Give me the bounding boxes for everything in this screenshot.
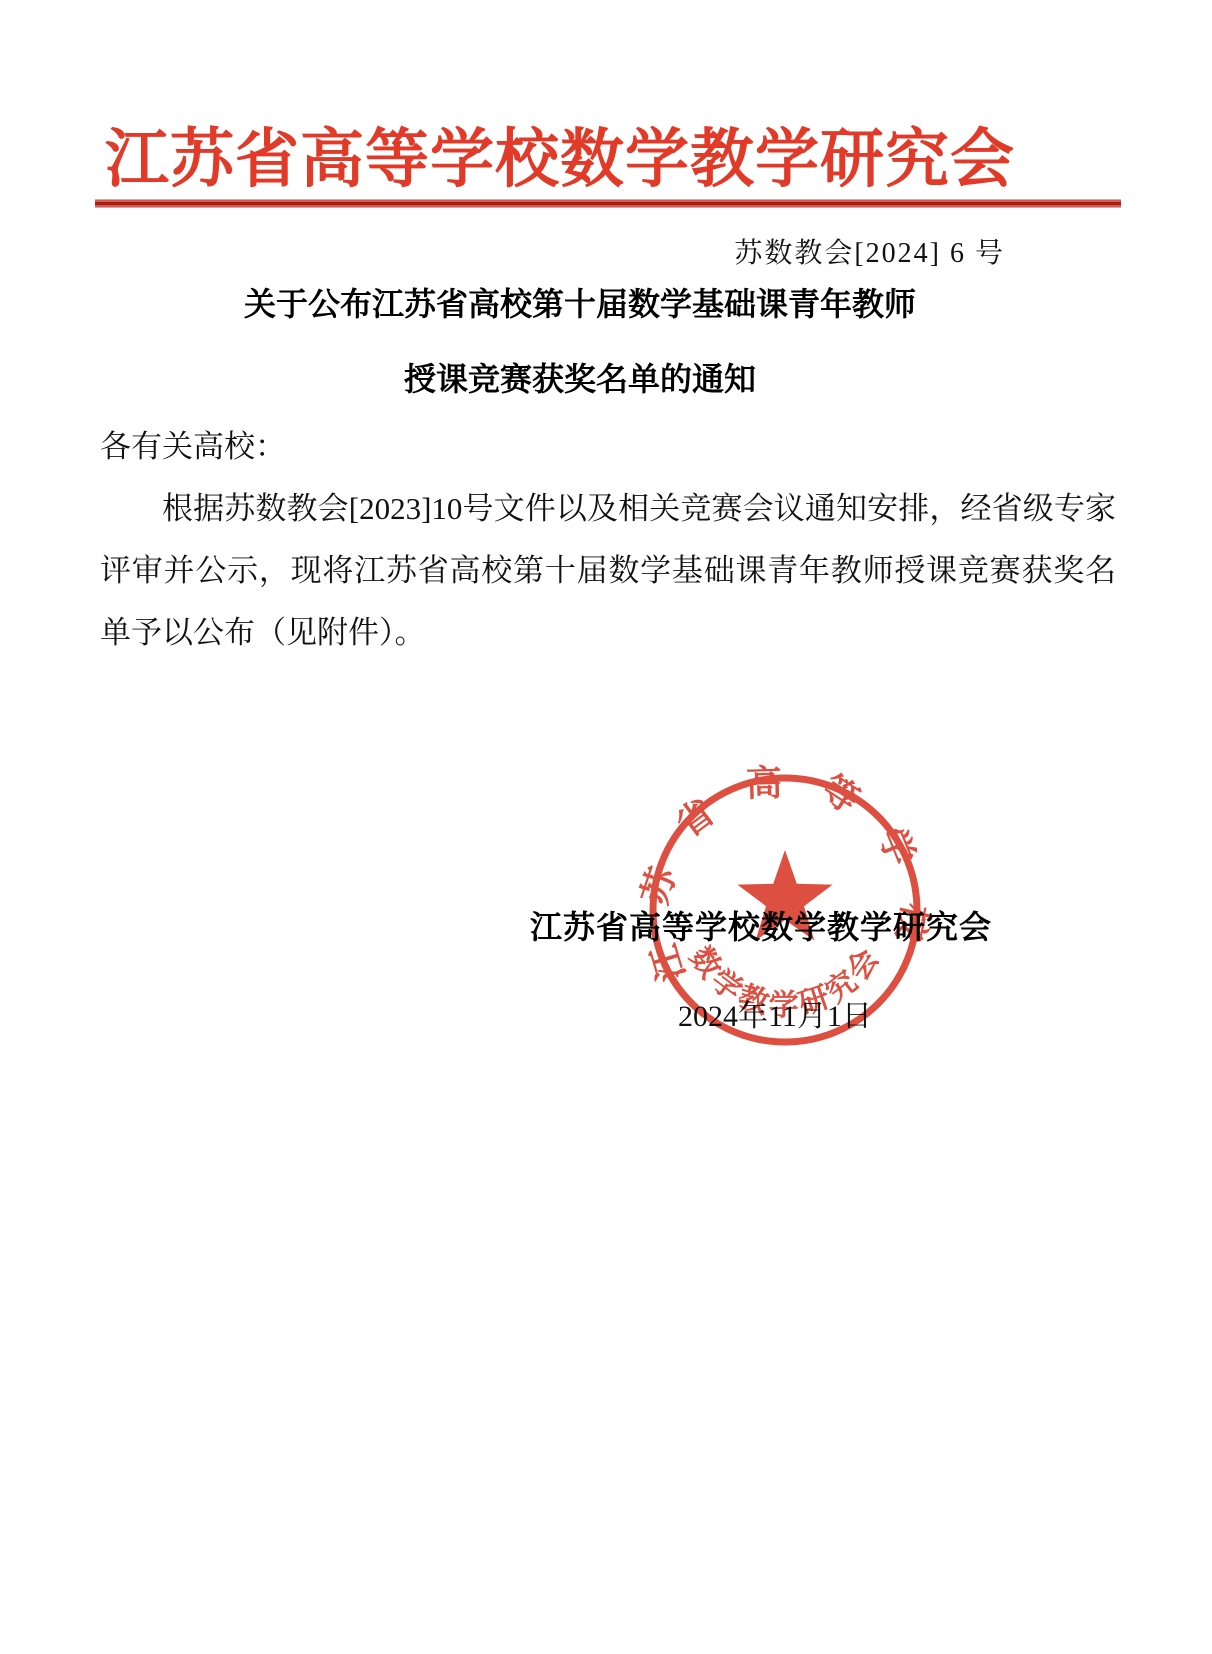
letterhead-org-name: 江苏省高等学校数学教学研究会	[0, 108, 1120, 200]
seal-bottom-arc-text: 数学教学研究会	[683, 940, 887, 1022]
star-icon	[737, 850, 832, 941]
notice-title-line2: 授课竞赛获奖名单的通知	[0, 354, 1160, 400]
official-red-seal: 江苏省高等学校 数学教学研究会	[635, 760, 935, 1060]
official-notice-document: 江苏省高等学校数学教学研究会 苏数教会[2024] 6 号 关于公布江苏省高校第…	[0, 0, 1212, 1654]
document-number: 苏数教会[2024] 6 号	[95, 231, 1005, 271]
salutation: 各有关高校：	[100, 421, 286, 466]
letterhead-divider-rule	[95, 199, 1121, 208]
body-paragraph: 根据苏数教会[2023]10号文件以及相关竞赛会议通知安排，经省级专家评审并公示…	[100, 478, 1116, 664]
notice-title-line1: 关于公布江苏省高校第十届数学基础课青年教师	[0, 279, 1160, 325]
